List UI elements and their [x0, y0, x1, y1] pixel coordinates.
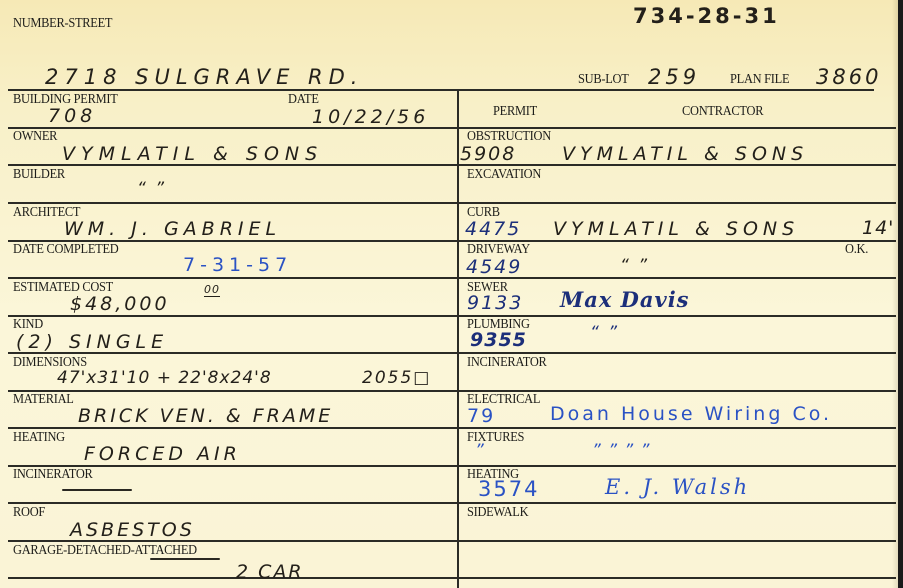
material-label: MATERIAL [13, 392, 74, 406]
rule [8, 277, 896, 279]
permit-card: NUMBER-STREET 734-28-31 2718 SULGRAVE RD… [0, 0, 898, 588]
incinerator-dash [62, 489, 132, 491]
garage-label: GARAGE-DETACHED-ATTACHED [13, 543, 197, 557]
rule [8, 202, 896, 204]
address-value: 2718 SULGRAVE RD. [45, 66, 363, 88]
date-value: 10/22/56 [312, 106, 429, 128]
owner-label: OWNER [13, 129, 57, 143]
date-label: DATE [288, 92, 319, 106]
column-divider [457, 89, 459, 588]
sub-lot-value: 259 [648, 66, 700, 88]
curb-contractor: VYMLATIL & SONS [553, 218, 799, 240]
curb-note: 14' [862, 217, 894, 239]
driveway-label: DRIVEWAY [467, 242, 530, 256]
material-value: BRICK VEN. & FRAME [78, 405, 333, 427]
roof-value: ASBESTOS [70, 519, 195, 541]
sewer-contractor: Max Davis [560, 289, 690, 311]
rule [8, 89, 874, 91]
obstruction-label: OBSTRUCTION [467, 129, 551, 143]
garage-value: 2 CAR [236, 561, 304, 583]
plan-file-label: PLAN FILE [730, 72, 789, 86]
obstruction-contractor: VYMLATIL & SONS [562, 143, 808, 165]
excavation-label: EXCAVATION [467, 167, 541, 181]
date-completed-label: DATE COMPLETED [13, 242, 118, 256]
heating-value: FORCED AIR [84, 443, 241, 465]
fixtures-permit: ” [475, 440, 485, 462]
sub-lot-label: SUB-LOT [578, 72, 629, 86]
rule [8, 127, 896, 129]
permit-column-header: PERMIT [493, 104, 537, 118]
driveway-ok-note: O.K. [845, 242, 868, 256]
driveway-permit: 4549 [466, 256, 522, 278]
incinerator-right-label: INCINERATOR [467, 355, 547, 369]
electrical-contractor: Doan House Wiring Co. [550, 403, 832, 425]
builder-label: BUILDER [13, 167, 65, 181]
heating-contractor: E. J. Walsh [605, 476, 750, 498]
roof-label: ROOF [13, 505, 45, 519]
curb-permit: 4475 [465, 218, 521, 240]
building-permit-value: 708 [48, 105, 96, 127]
rule [8, 502, 896, 504]
heating-label: HEATING [13, 430, 65, 444]
dimensions-area: 2055□ [362, 367, 431, 389]
kind-value: (2) SINGLE [16, 331, 168, 353]
plumbing-contractor: “ ” [590, 322, 619, 344]
electrical-permit: 79 [467, 405, 495, 427]
file-number: 734-28-31 [633, 5, 780, 27]
curb-label: CURB [467, 205, 500, 219]
sidewalk-label: SIDEWALK [467, 505, 528, 519]
rule [8, 577, 896, 579]
obstruction-permit: 5908 [460, 143, 516, 165]
rule [8, 315, 896, 317]
number-street-label: NUMBER-STREET [13, 16, 112, 30]
incinerator-label: INCINERATOR [13, 467, 93, 481]
date-completed-value: 7-31-57 [183, 254, 292, 276]
contractor-column-header: CONTRACTOR [682, 104, 763, 118]
rule [8, 390, 896, 392]
kind-label: KIND [13, 317, 43, 331]
fixtures-contractor: ” ” ” ” [592, 440, 650, 462]
plan-file-value: 3860 [816, 66, 881, 88]
rule [8, 427, 896, 429]
garage-attached-underline [150, 558, 220, 560]
builder-value: “ ” [137, 178, 166, 200]
estimated-cost-value: $48,000 [70, 293, 170, 315]
heating-permit: 3574 [478, 478, 539, 500]
dimensions-value: 47'x31'10 + 22'8x24'8 [57, 367, 272, 389]
electrical-label: ELECTRICAL [467, 392, 540, 406]
architect-value: WM. J. GABRIEL [64, 218, 281, 240]
plumbing-permit: 9355 [470, 329, 527, 351]
owner-value: VYMLATIL & SONS [62, 143, 323, 165]
rule [8, 465, 896, 467]
estimated-cost-label: ESTIMATED COST [13, 280, 113, 294]
architect-label: ARCHITECT [13, 205, 80, 219]
estimated-cost-cents: 00 [204, 284, 220, 297]
rule [8, 240, 896, 242]
sewer-permit: 9133 [467, 292, 523, 314]
building-permit-label: BUILDING PERMIT [13, 92, 118, 106]
driveway-contractor: “ ” [620, 255, 649, 277]
